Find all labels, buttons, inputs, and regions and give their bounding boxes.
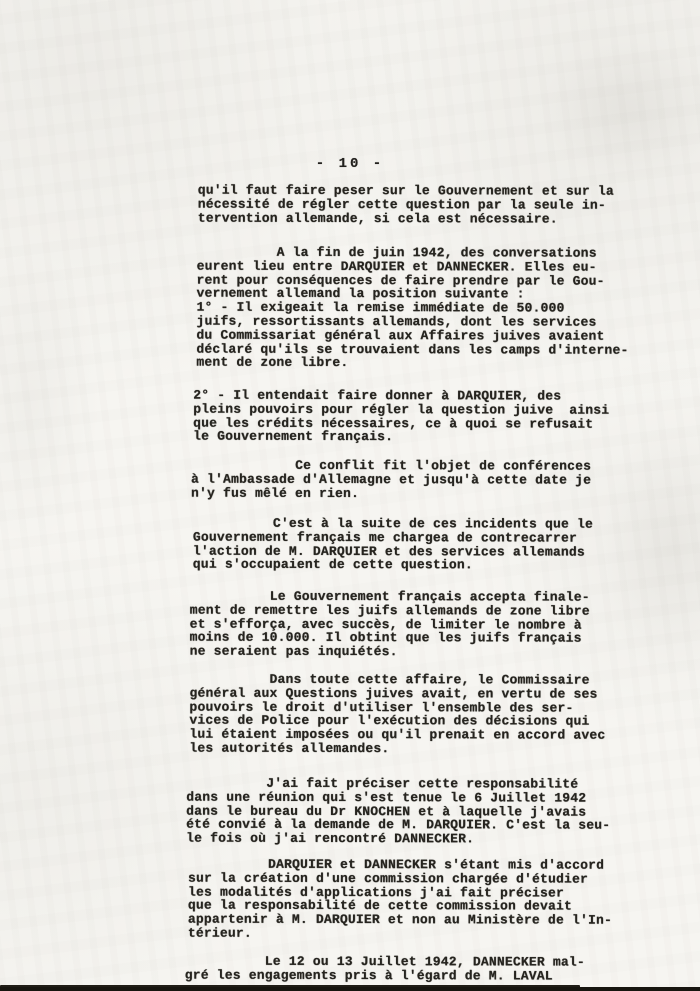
document-page: - 10 - qu'il faut faire peser sur le Gou… bbox=[0, 0, 700, 991]
paragraph: C'est à la suite de ces incidents que le… bbox=[193, 517, 593, 573]
paragraph: qu'il faut faire peser sur le Gouverneme… bbox=[198, 184, 614, 226]
scan-edge-artifact bbox=[0, 987, 700, 991]
document-body: qu'il faut faire peser sur le Gouverneme… bbox=[0, 0, 700, 991]
paragraph: Le 12 ou 13 Juillet 1942, DANNECKER mal-… bbox=[185, 955, 585, 984]
paragraph: A la fin de juin 1942, des conversations… bbox=[196, 246, 628, 371]
paragraph: Ce conflit fit l'objet de conférences à … bbox=[191, 459, 591, 501]
paragraph: Dans toute cette affaire, le Commissaire… bbox=[189, 673, 605, 757]
paragraph: J'ai fait préciser cette responsabilité … bbox=[186, 777, 610, 847]
paragraph: DARQUIER et DANNECKER s'étant mis d'acco… bbox=[188, 858, 612, 942]
paragraph: Le Gouvernement français accepta finale-… bbox=[190, 590, 590, 660]
paragraph: 2° - Il entendait faire donner à DARQUIE… bbox=[193, 389, 609, 445]
